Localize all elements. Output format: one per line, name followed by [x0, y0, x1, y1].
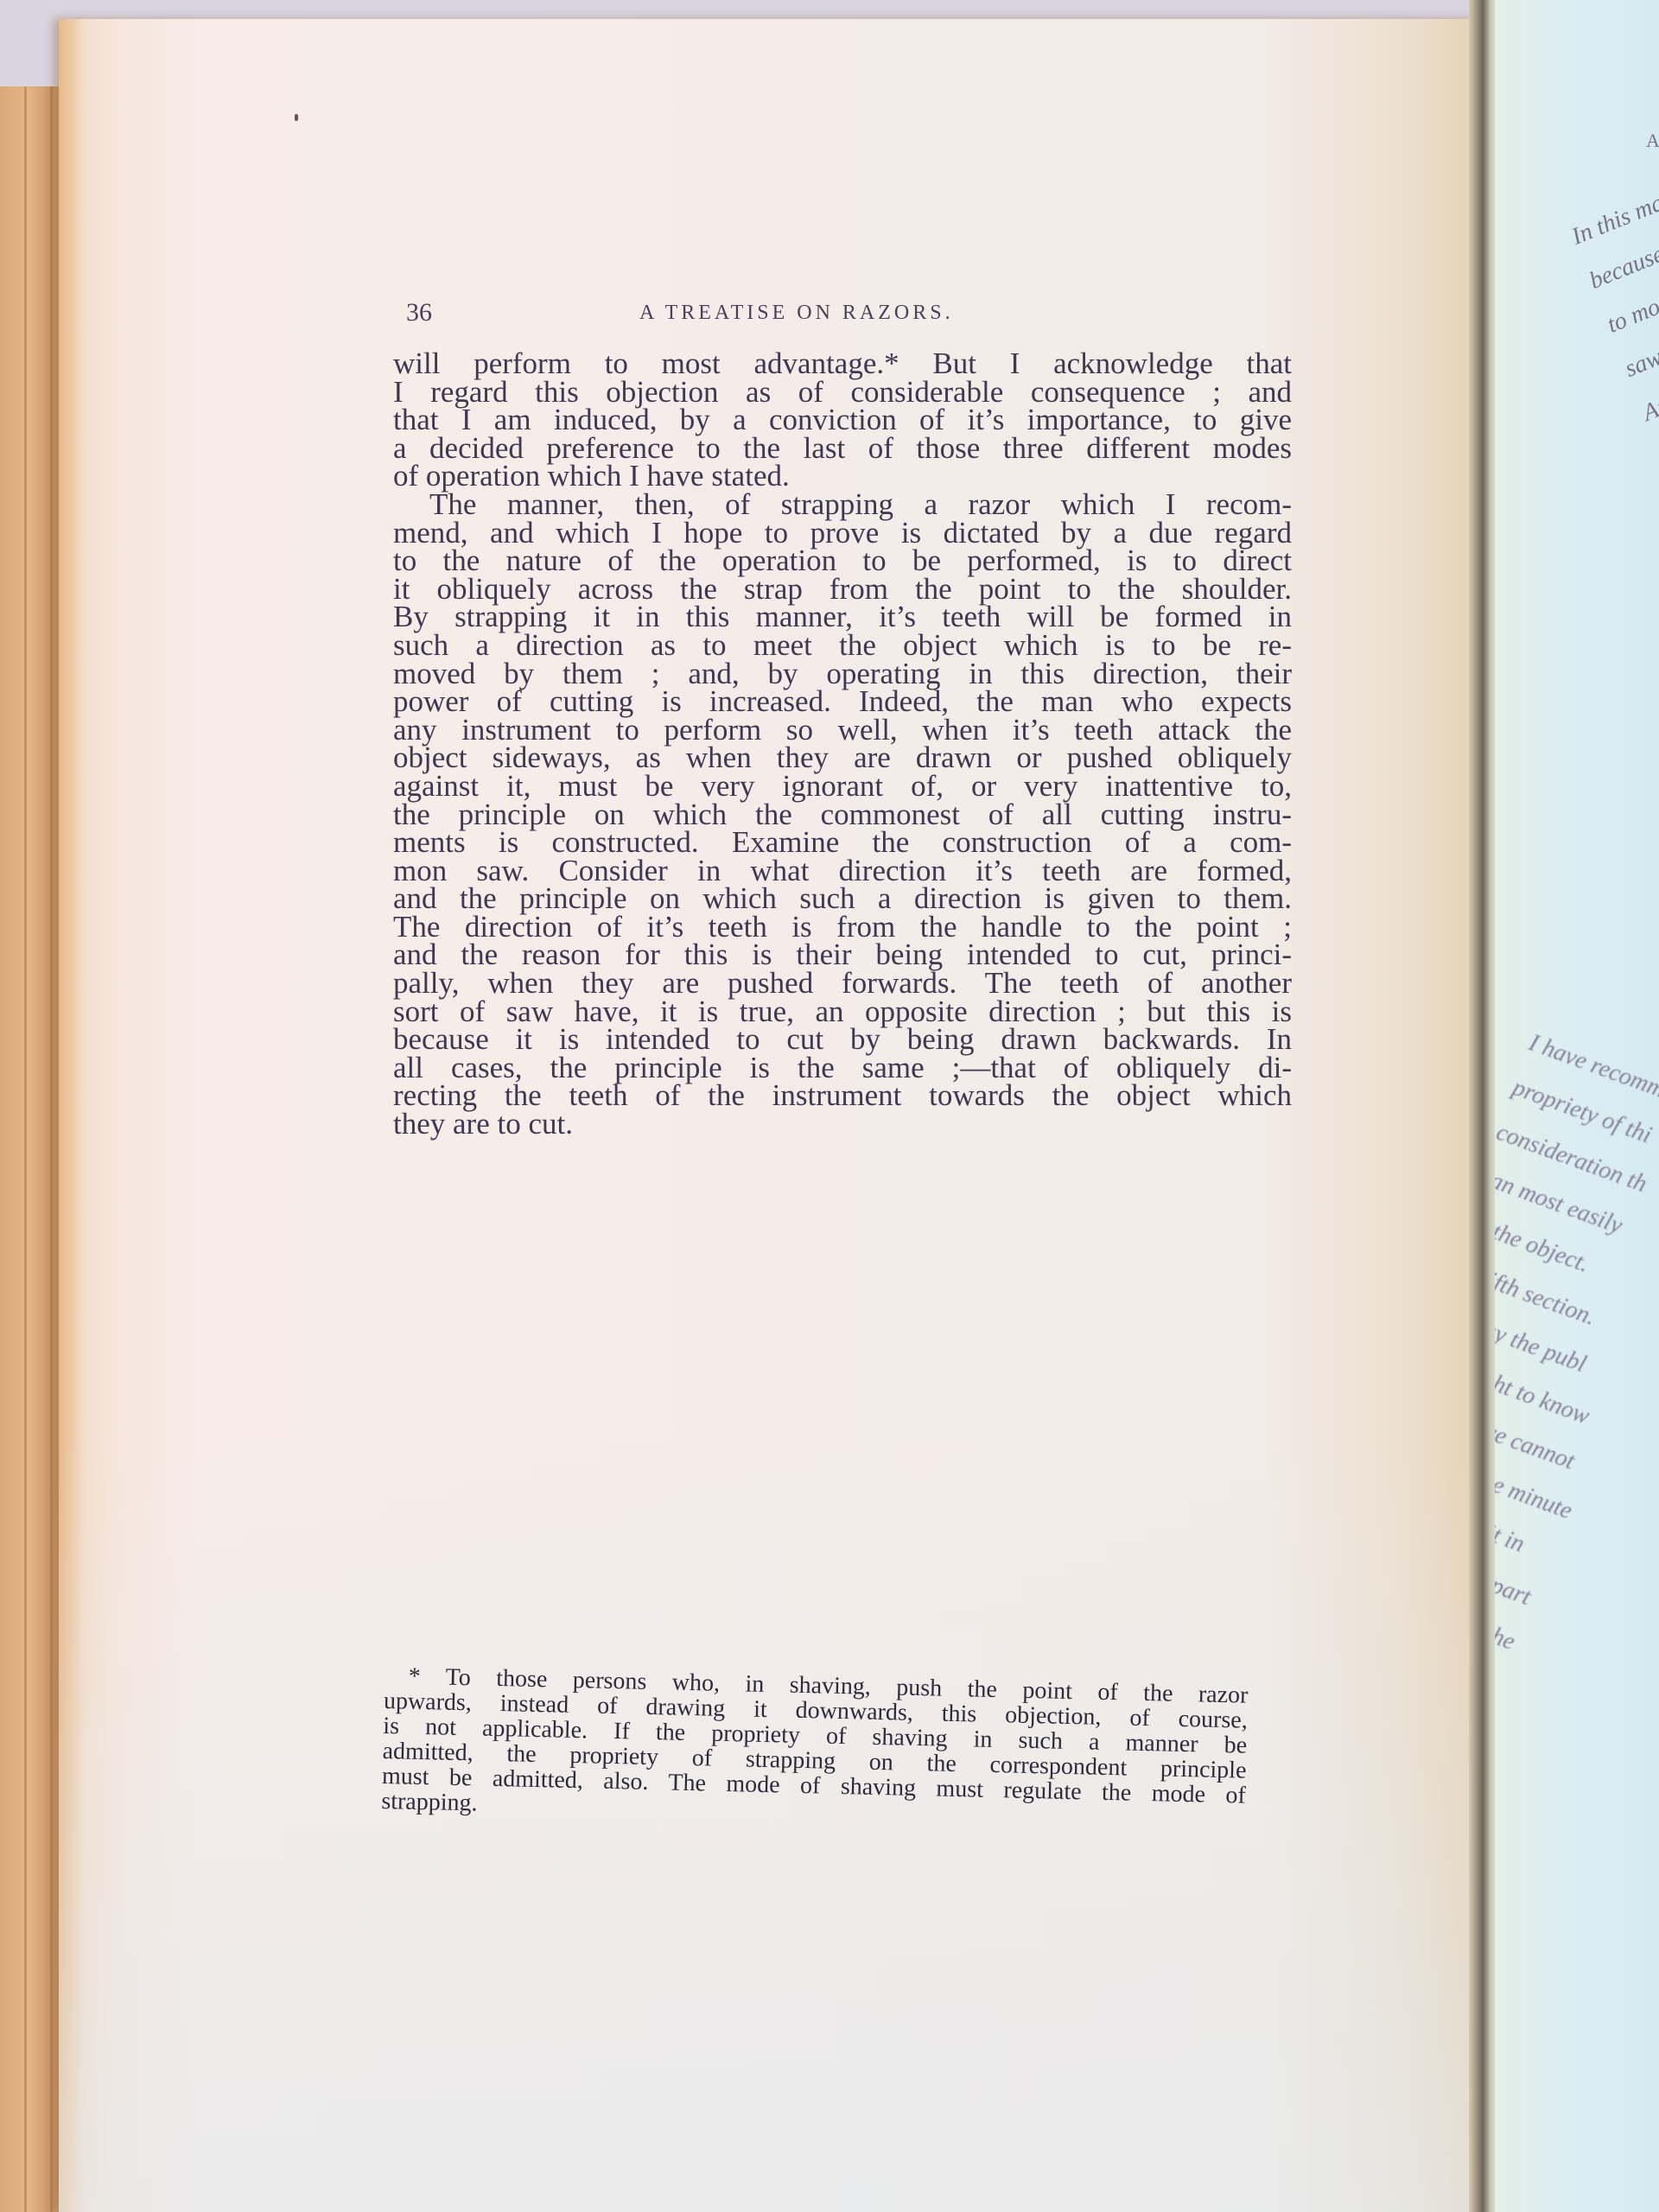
running-head: A TREATISE ON RAZORS.	[639, 302, 954, 325]
text-line: because it is intended to cut by being d…	[393, 1026, 1292, 1054]
text-line: power of cutting is increased. Indeed, t…	[393, 688, 1292, 716]
text-line: to the nature of the operation to be per…	[393, 547, 1292, 575]
book-page-right: A In this mannerbecause, when thto most …	[1495, 0, 1659, 2212]
footnote: * To those persons who, in shaving, push…	[381, 1663, 1249, 1834]
facing-page-text-upper: In this mannerbecause, when thto most ad…	[1564, 86, 1659, 701]
page-number: 36	[406, 298, 432, 327]
text-line: The manner, then, of strapping a razor w…	[393, 491, 1292, 519]
text-line: and the principle on which such a direct…	[393, 885, 1292, 913]
text-line: pally, when they are pushed forwards. Th…	[393, 969, 1292, 998]
page-edge-line	[50, 86, 53, 2212]
page-header: 36 A TREATISE ON RAZORS.	[406, 298, 1287, 333]
facing-running-head: A	[1646, 130, 1659, 152]
text-line: ments is constructed. Examine the constr…	[393, 829, 1292, 857]
text-line: against it, must be very ignorant of, or…	[393, 772, 1292, 801]
body-text: will perform to most advantage.* But I a…	[393, 350, 1292, 1139]
ink-speck	[295, 114, 298, 121]
text-line: they are to cut.	[393, 1110, 1292, 1139]
facing-page-text-lower: I have recommpropriety of thiconsiderati…	[1495, 1020, 1659, 1897]
text-line: will perform to most advantage.* But I a…	[393, 350, 1292, 378]
text-line: such a direction as to meet the object w…	[393, 632, 1292, 660]
page-edge-line	[24, 86, 27, 2212]
text-line: that I am induced, by a conviction of it…	[393, 406, 1292, 435]
